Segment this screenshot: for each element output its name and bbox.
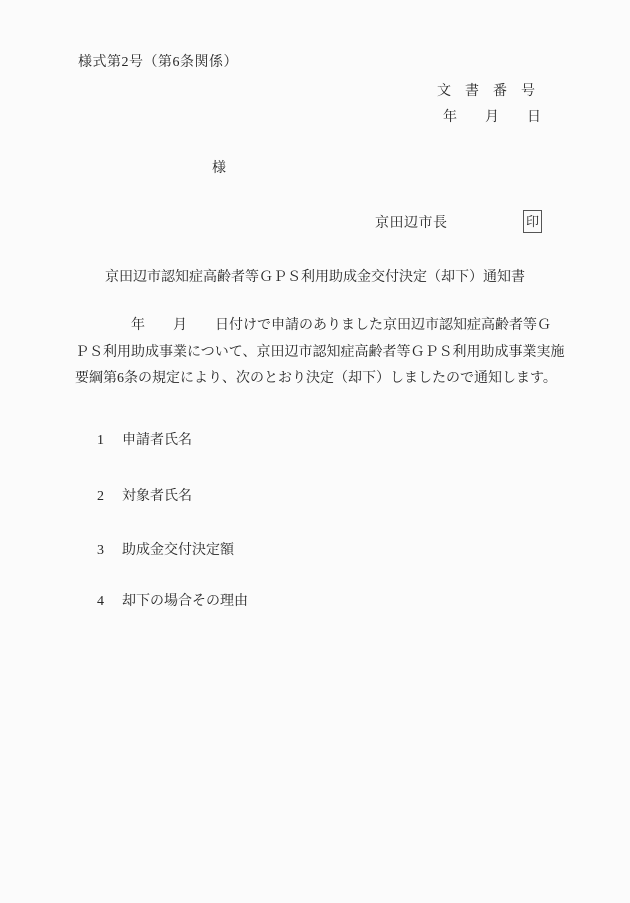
- item-number: 1: [97, 433, 122, 449]
- sender-name: 京田辺市長: [375, 212, 448, 232]
- list-item: 2対象者氏名: [97, 485, 192, 505]
- form-number-label: 様式第2号（第6条関係）: [78, 51, 238, 71]
- seal-box: 印: [523, 210, 542, 233]
- list-item: 1申請者氏名: [97, 429, 192, 449]
- date-line: 年 月 日: [443, 106, 541, 126]
- item-number: 2: [97, 489, 122, 505]
- list-item: 3助成金交付決定額: [97, 539, 234, 559]
- document-number-line: 文 書 番 号: [437, 80, 535, 100]
- seal-label: 印: [526, 215, 539, 228]
- body-line-3: 要綱第6条の規定により、次のとおり決定（却下）しましたので通知します。: [75, 366, 565, 393]
- item-label: 申請者氏名: [122, 433, 192, 448]
- item-label: 対象者氏名: [122, 489, 192, 504]
- body-line-2: ＰＳ利用助成事業について、京田辺市認知症高齢者等ＧＰＳ利用助成事業実施: [75, 340, 565, 367]
- list-item: 4却下の場合その理由: [97, 590, 248, 610]
- document-page: 様式第2号（第6条関係） 文 書 番 号 年 月 日 様 京田辺市長 印 京田辺…: [0, 0, 630, 903]
- document-title: 京田辺市認知症高齢者等ＧＰＳ利用助成金交付決定（却下）通知書: [0, 266, 630, 286]
- item-number: 3: [97, 543, 122, 559]
- body-paragraph: 年 月 日付けで申請のありました京田辺市認知症高齢者等Ｇ ＰＳ利用助成事業につい…: [75, 313, 565, 393]
- body-line-1: 年 月 日付けで申請のありました京田辺市認知症高齢者等Ｇ: [75, 313, 565, 340]
- addressee-honorific: 様: [212, 157, 226, 177]
- item-label: 却下の場合その理由: [122, 594, 248, 609]
- item-label: 助成金交付決定額: [122, 543, 234, 558]
- item-number: 4: [97, 594, 122, 610]
